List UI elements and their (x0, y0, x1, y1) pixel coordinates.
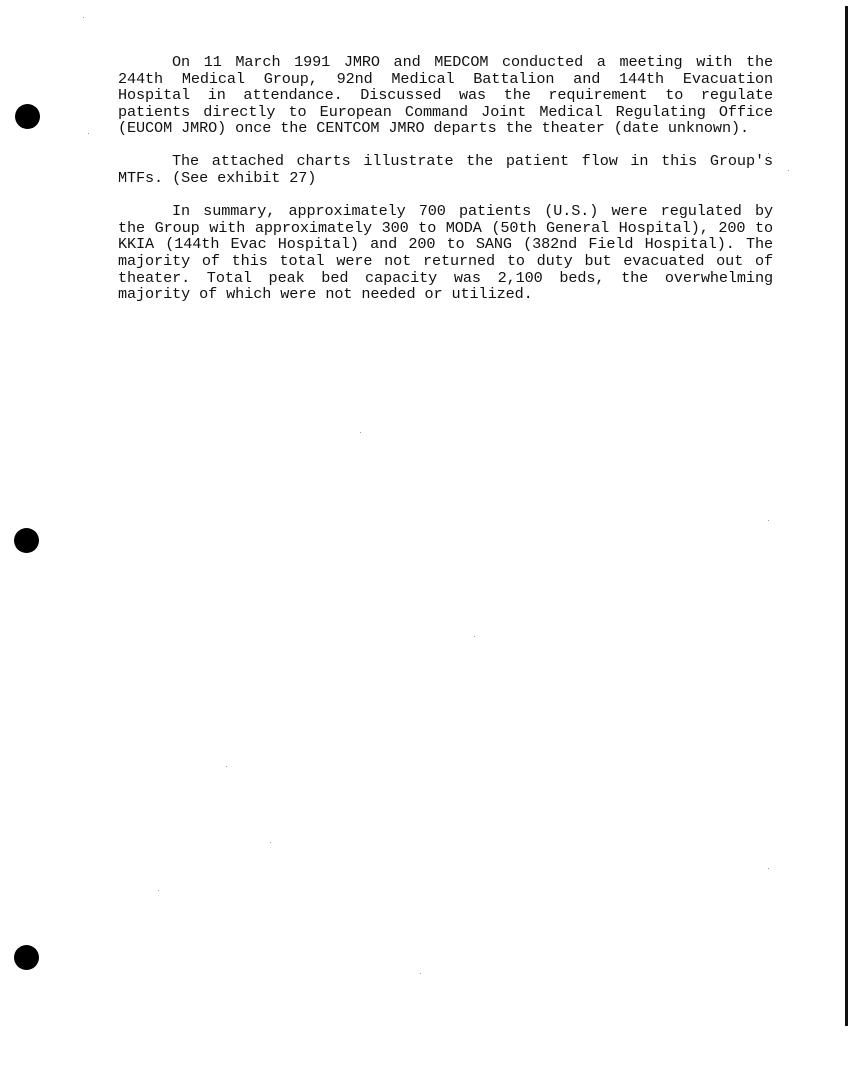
document-page: On 11 March 1991 JMRO and MEDCOM conduct… (0, 0, 850, 1081)
body-text: On 11 March 1991 JMRO and MEDCOM conduct… (118, 54, 773, 319)
paragraph-summary: In summary, approximately 700 patients (… (118, 203, 773, 303)
scan-speck (788, 170, 789, 171)
punch-hole-middle (14, 528, 39, 553)
scan-speck (768, 520, 769, 521)
page-edge-line (845, 6, 848, 1026)
scan-speck (226, 766, 227, 767)
scan-speck (270, 842, 271, 843)
scan-speck (474, 636, 475, 637)
scan-speck (360, 432, 361, 433)
punch-hole-bottom (14, 945, 39, 970)
scan-speck (420, 973, 421, 974)
scan-speck (88, 133, 89, 134)
paragraph-charts-reference: The attached charts illustrate the patie… (118, 153, 773, 186)
scan-speck (768, 868, 769, 869)
paragraph-meeting: On 11 March 1991 JMRO and MEDCOM conduct… (118, 54, 773, 137)
scan-speck (83, 17, 84, 18)
scan-speck (158, 890, 159, 891)
punch-hole-top (15, 104, 40, 129)
